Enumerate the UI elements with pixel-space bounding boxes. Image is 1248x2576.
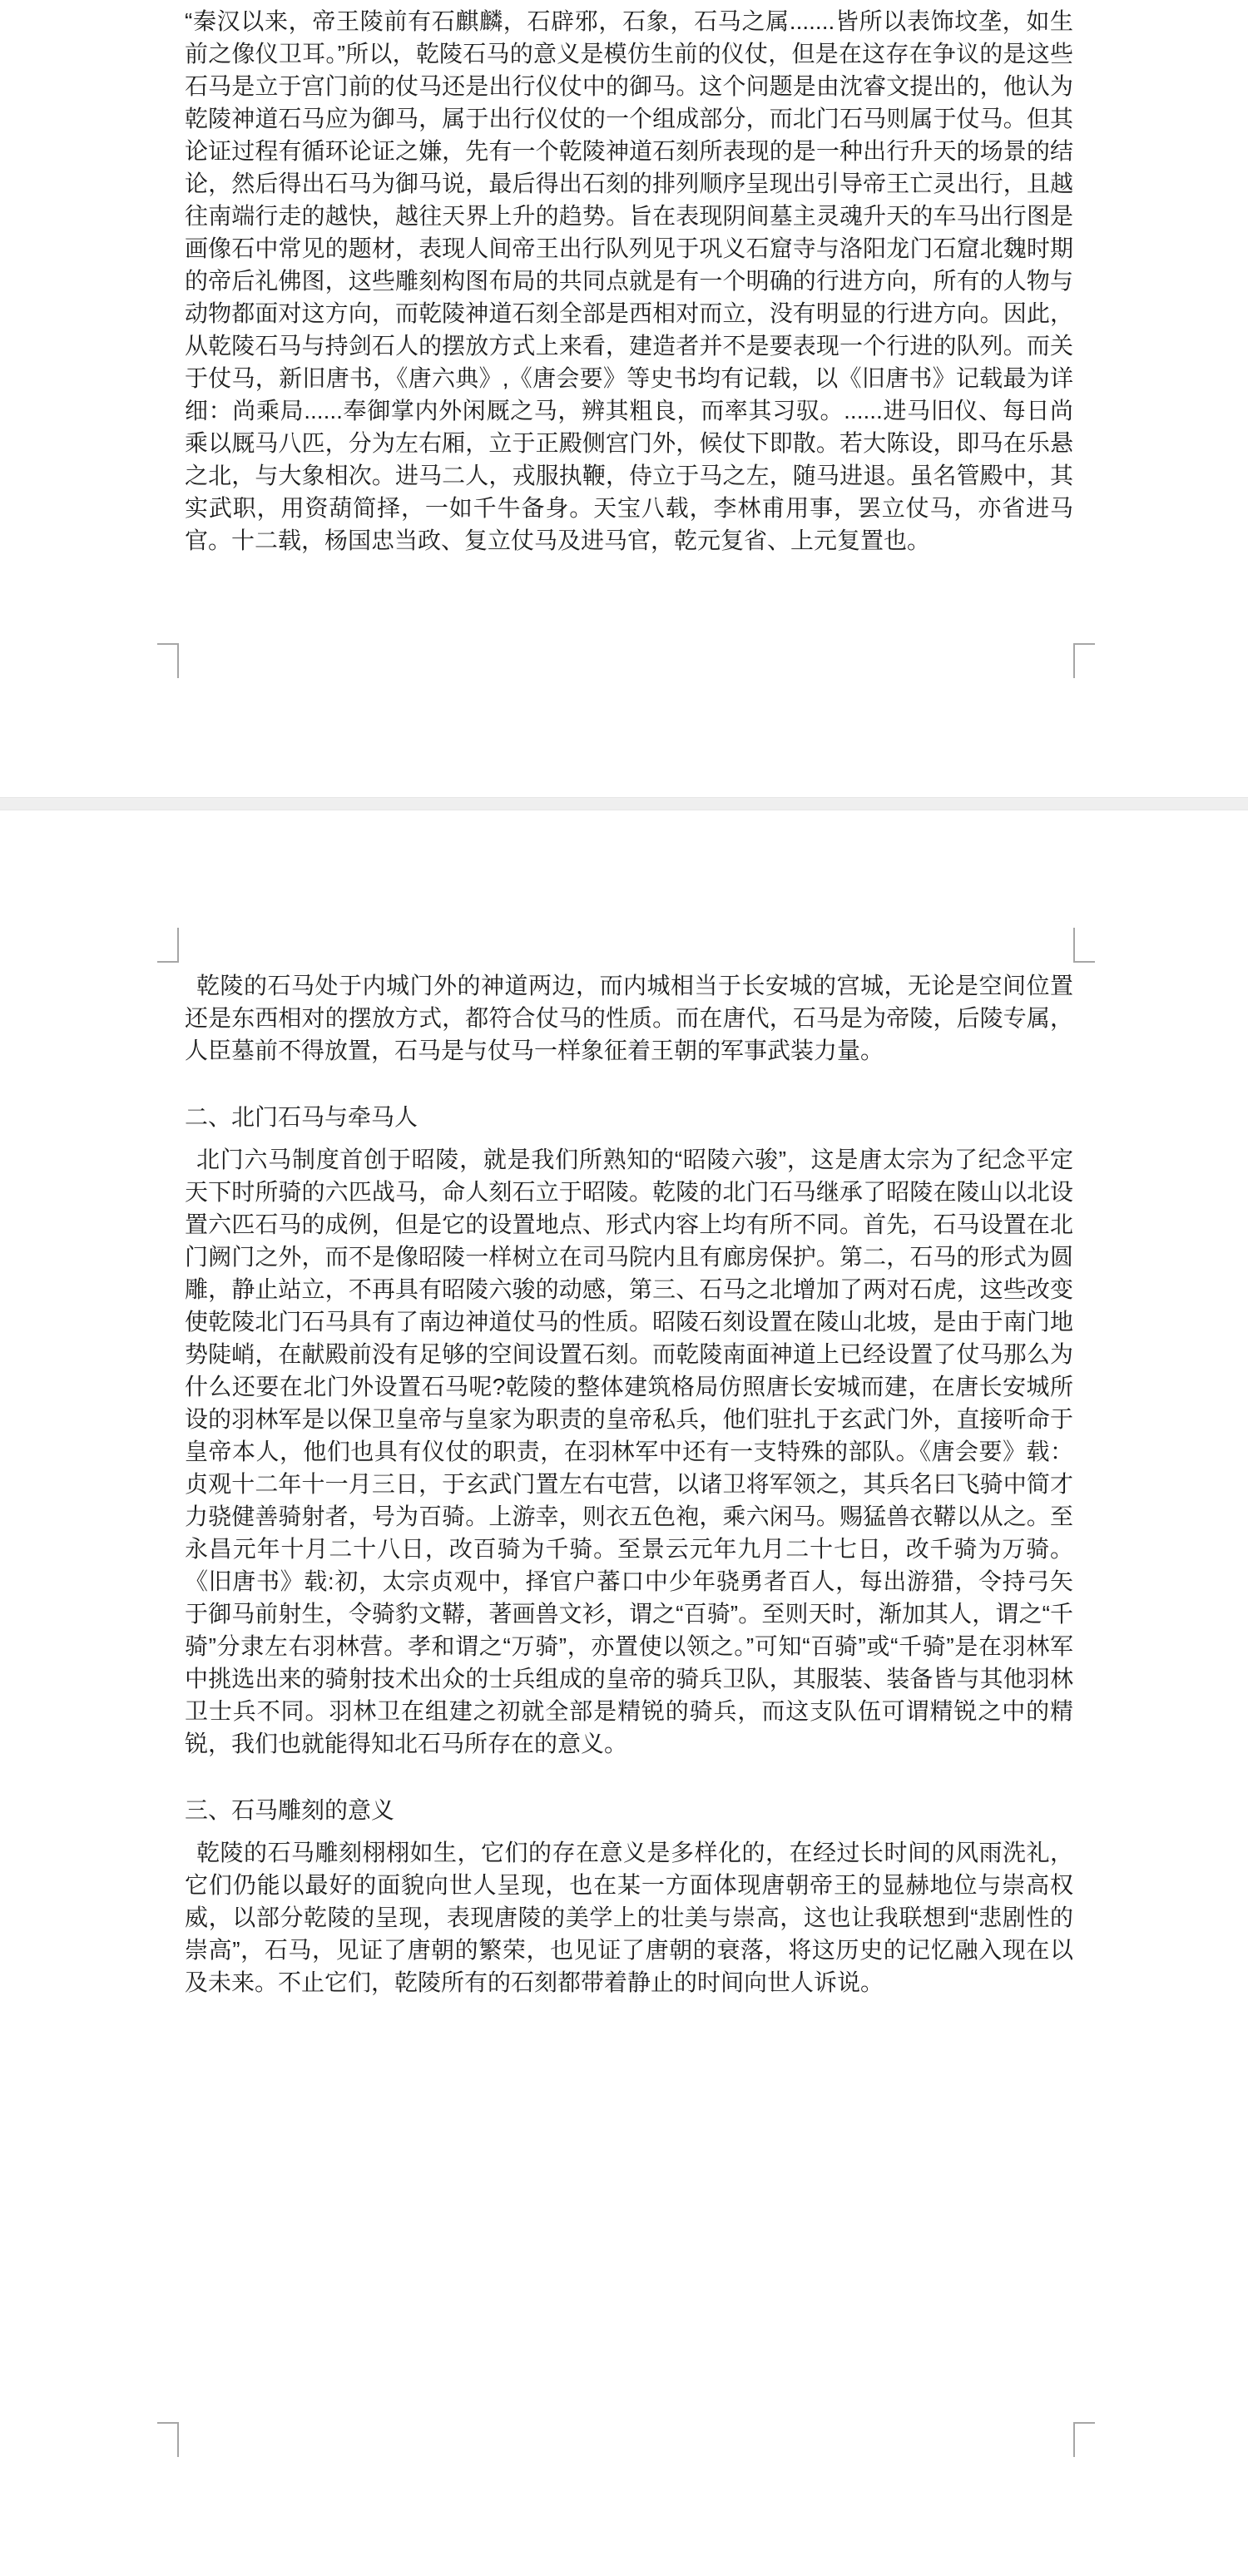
page-separator xyxy=(0,797,1248,810)
page-1: “秦汉以来，帝王陵前有石麒麟，石辟邪，石象，石马之属.......皆所以表饰坟垄… xyxy=(0,0,1248,797)
section2-paragraph: 北门六马制度首创于昭陵，就是我们所熟知的“昭陵六骏”，这是唐太宗为了纪念平定天下… xyxy=(185,1143,1073,1760)
crop-mark-page2-bottom-left xyxy=(157,2422,179,2457)
crop-mark-page1-bottom-right xyxy=(1073,643,1095,678)
crop-mark-page2-bottom-right xyxy=(1073,2422,1095,2457)
page-2: 乾陵的石马处于内城门外的神道两边，而内城相当于长安城的宫城，无论是空间位置还是东… xyxy=(0,810,1248,2576)
section3-paragraph: 乾陵的石马雕刻栩栩如生，它们的存在意义是多样化的，在经过长时间的风雨洗礼，它们仍… xyxy=(185,1836,1073,1999)
document-canvas: “秦汉以来，帝王陵前有石麒麟，石辟邪，石象，石马之属.......皆所以表饰坟垄… xyxy=(0,0,1248,2576)
section-heading-north-gate: 二、北门石马与牵马人 xyxy=(185,1101,1073,1133)
crop-mark-page2-top-left xyxy=(157,928,179,963)
page1-body-paragraph: “秦汉以来，帝王陵前有石麒麟，石辟邪，石象，石马之属.......皆所以表饰坟垄… xyxy=(185,5,1073,557)
crop-mark-page2-top-right xyxy=(1073,928,1095,963)
page1-text-block: “秦汉以来，帝王陵前有石麒麟，石辟邪，石象，石马之属.......皆所以表饰坟垄… xyxy=(185,5,1073,557)
page2-intro-paragraph: 乾陵的石马处于内城门外的神道两边，而内城相当于长安城的宫城，无论是空间位置还是东… xyxy=(185,969,1073,1067)
page2-text-block: 乾陵的石马处于内城门外的神道两边，而内城相当于长安城的宫城，无论是空间位置还是东… xyxy=(185,969,1073,1999)
crop-mark-page1-bottom-left xyxy=(157,643,179,678)
section-heading-carving-meaning: 三、石马雕刻的意义 xyxy=(185,1794,1073,1826)
